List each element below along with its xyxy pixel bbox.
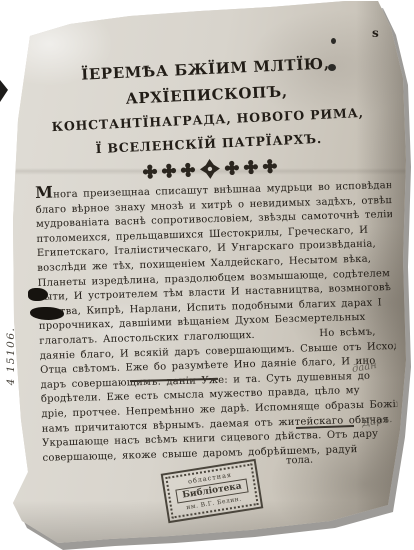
scan-edge-artifact [0, 80, 8, 102]
scanned-manuscript-page: ѕ ЇЕРЕМѢА БЖЇИМ МЛТЇЮ, АРХЇЕПИСКОПЪ, КОН… [0, 0, 414, 550]
page: ѕ ЇЕРЕМѢА БЖЇИМ МЛТЇЮ, АРХЇЕПИСКОПЪ, КОН… [0, 0, 414, 550]
library-stamp: областная Библіотека им. В.Г. Белин. [161, 459, 264, 523]
ink-blot [28, 288, 48, 301]
body-text: Многа преизещнаа списашут внѣшнаа мудрьц… [35, 176, 399, 466]
stamp-frame: областная Библіотека им. В.Г. Белин. [165, 463, 258, 518]
ink-blot [30, 307, 64, 320]
ink-speck [328, 64, 336, 71]
ink-speck [331, 38, 336, 44]
catchword: тола. [286, 455, 313, 467]
folio-mark: ѕ [372, 26, 379, 40]
shelfmark-vertical-number: 4 15106. [5, 306, 19, 406]
